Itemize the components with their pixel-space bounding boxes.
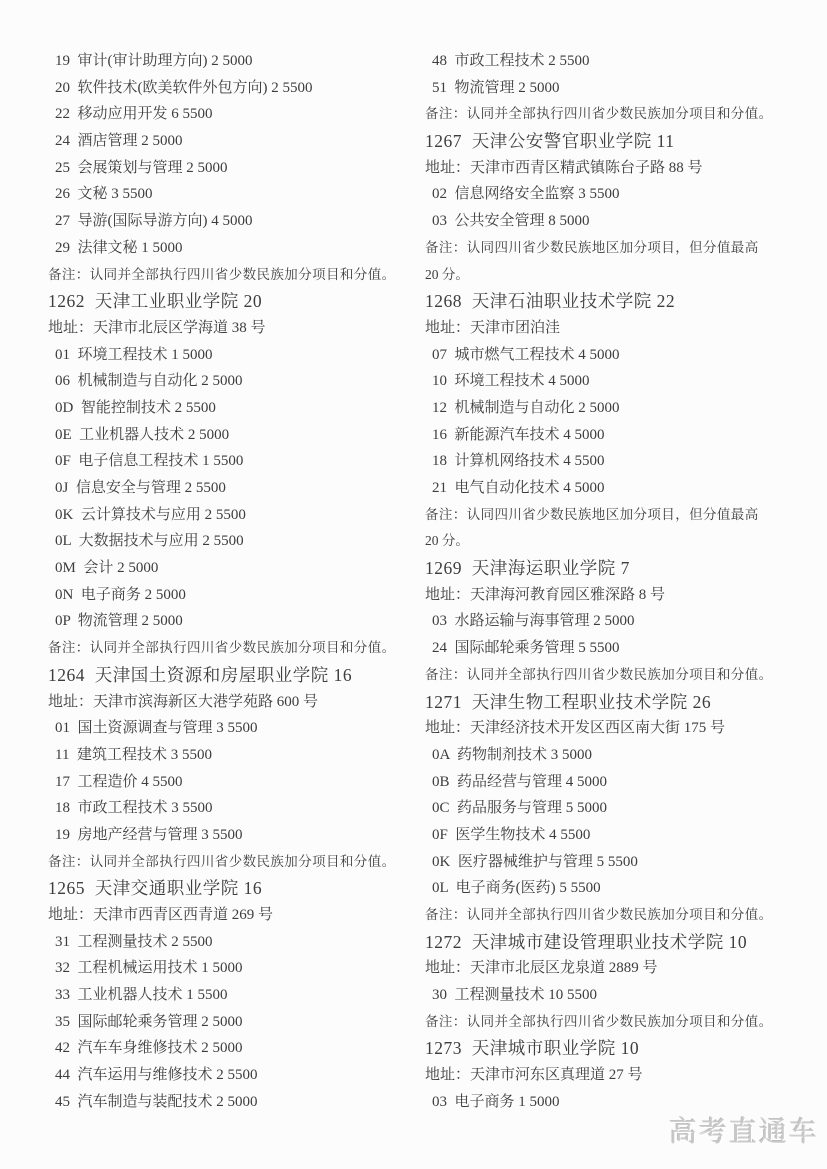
column-right: 48 市政工程技术 2 550051 物流管理 2 5000备注：认同并全部执行…	[425, 48, 795, 1116]
major-line: 0C 药品服务与管理 5 5000	[425, 795, 795, 822]
remark-line: 备注：认同并全部执行四川省少数民族加分项目和分值。	[48, 849, 416, 876]
major-line: 22 移动应用开发 6 5500	[48, 101, 416, 128]
major-line: 11 建筑工程技术 3 5500	[48, 742, 416, 769]
major-line: 0J 信息安全与管理 2 5500	[48, 475, 416, 502]
major-line: 0K 云计算技术与应用 2 5500	[48, 502, 416, 529]
major-line: 25 会展策划与管理 2 5000	[48, 155, 416, 182]
major-line: 01 环境工程技术 1 5000	[48, 342, 416, 369]
major-line: 20 软件技术(欧美软件外包方向) 2 5500	[48, 75, 416, 102]
major-line: 0L 电子商务(医药) 5 5500	[425, 875, 795, 902]
remark-continuation-line: 20 分。	[425, 262, 795, 289]
remark-continuation-line: 20 分。	[425, 528, 795, 555]
address-line: 地址：天津市北辰区龙泉道 2889 号	[425, 955, 795, 982]
major-line: 18 市政工程技术 3 5500	[48, 795, 416, 822]
major-line: 0A 药物制剂技术 3 5000	[425, 742, 795, 769]
major-line: 0N 电子商务 2 5000	[48, 582, 416, 609]
address-line: 地址：天津市西青区西青道 269 号	[48, 902, 416, 929]
address-line: 地址：天津经济技术开发区西区南大街 175 号	[425, 715, 795, 742]
school-heading: 1271 天津生物工程职业技术学院 26	[425, 689, 795, 716]
remark-line: 备注：认同并全部执行四川省少数民族加分项目和分值。	[425, 101, 795, 128]
column-left: 19 审计(审计助理方向) 2 500020 软件技术(欧美软件外包方向) 2 …	[48, 48, 416, 1116]
address-line: 地址：天津海河教育园区雅深路 8 号	[425, 582, 795, 609]
major-line: 27 导游(国际导游方向) 4 5000	[48, 208, 416, 235]
major-line: 0D 智能控制技术 2 5500	[48, 395, 416, 422]
major-line: 12 机械制造与自动化 2 5000	[425, 395, 795, 422]
major-line: 06 机械制造与自动化 2 5000	[48, 368, 416, 395]
major-line: 24 酒店管理 2 5000	[48, 128, 416, 155]
major-line: 31 工程测量技术 2 5500	[48, 929, 416, 956]
major-line: 24 国际邮轮乘务管理 5 5500	[425, 635, 795, 662]
major-line: 07 城市燃气工程技术 4 5000	[425, 342, 795, 369]
major-line: 42 汽车车身维修技术 2 5000	[48, 1035, 416, 1062]
major-line: 10 环境工程技术 4 5000	[425, 368, 795, 395]
major-line: 26 文秘 3 5500	[48, 181, 416, 208]
document-page: 19 审计(审计助理方向) 2 500020 软件技术(欧美软件外包方向) 2 …	[0, 0, 827, 1169]
school-heading: 1268 天津石油职业技术学院 22	[425, 288, 795, 315]
remark-line: 备注：认同并全部执行四川省少数民族加分项目和分值。	[48, 635, 416, 662]
major-line: 45 汽车制造与装配技术 2 5000	[48, 1089, 416, 1116]
remark-line: 备注：认同四川省少数民族地区加分项目，但分值最高	[425, 502, 795, 529]
school-heading: 1262 天津工业职业学院 20	[48, 288, 416, 315]
major-line: 0P 物流管理 2 5000	[48, 608, 416, 635]
address-line: 地址：天津市河东区真理道 27 号	[425, 1062, 795, 1089]
school-heading: 1273 天津城市职业学院 10	[425, 1035, 795, 1062]
address-line: 地址：天津市北辰区学海道 38 号	[48, 315, 416, 342]
school-heading: 1267 天津公安警官职业学院 11	[425, 128, 795, 155]
major-line: 0F 医学生物技术 4 5500	[425, 822, 795, 849]
major-line: 0M 会计 2 5000	[48, 555, 416, 582]
remark-line: 备注：认同四川省少数民族地区加分项目，但分值最高	[425, 235, 795, 262]
major-line: 32 工程机械运用技术 1 5000	[48, 955, 416, 982]
remark-line: 备注：认同并全部执行四川省少数民族加分项目和分值。	[48, 262, 416, 289]
school-heading: 1269 天津海运职业学院 7	[425, 555, 795, 582]
major-line: 30 工程测量技术 10 5500	[425, 982, 795, 1009]
major-line: 33 工业机器人技术 1 5500	[48, 982, 416, 1009]
major-line: 29 法律文秘 1 5000	[48, 235, 416, 262]
address-line: 地址：天津市团泊洼	[425, 315, 795, 342]
major-line: 35 国际邮轮乘务管理 2 5000	[48, 1009, 416, 1036]
major-line: 21 电气自动化技术 4 5000	[425, 475, 795, 502]
major-line: 02 信息网络安全监察 3 5500	[425, 181, 795, 208]
major-line: 0L 大数据技术与应用 2 5500	[48, 528, 416, 555]
remark-line: 备注：认同并全部执行四川省少数民族加分项目和分值。	[425, 902, 795, 929]
major-line: 17 工程造价 4 5500	[48, 769, 416, 796]
remark-line: 备注：认同并全部执行四川省少数民族加分项目和分值。	[425, 1009, 795, 1036]
major-line: 0K 医疗器械维护与管理 5 5500	[425, 849, 795, 876]
school-heading: 1264 天津国土资源和房屋职业学院 16	[48, 662, 416, 689]
major-line: 51 物流管理 2 5000	[425, 75, 795, 102]
major-line: 01 国土资源调查与管理 3 5500	[48, 715, 416, 742]
major-line: 19 房地产经营与管理 3 5500	[48, 822, 416, 849]
major-line: 03 水路运输与海事管理 2 5000	[425, 608, 795, 635]
major-line: 0F 电子信息工程技术 1 5500	[48, 448, 416, 475]
major-line: 03 公共安全管理 8 5000	[425, 208, 795, 235]
major-line: 48 市政工程技术 2 5500	[425, 48, 795, 75]
major-line: 16 新能源汽车技术 4 5000	[425, 422, 795, 449]
major-line: 18 计算机网络技术 4 5500	[425, 448, 795, 475]
major-line: 0E 工业机器人技术 2 5000	[48, 422, 416, 449]
school-heading: 1265 天津交通职业学院 16	[48, 875, 416, 902]
address-line: 地址：天津市滨海新区大港学苑路 600 号	[48, 689, 416, 716]
major-line: 19 审计(审计助理方向) 2 5000	[48, 48, 416, 75]
address-line: 地址：天津市西青区精武镇陈台子路 88 号	[425, 155, 795, 182]
remark-line: 备注：认同并全部执行四川省少数民族加分项目和分值。	[425, 662, 795, 689]
school-heading: 1272 天津城市建设管理职业技术学院 10	[425, 929, 795, 956]
watermark-text: 高考直通车	[669, 1110, 819, 1150]
major-line: 44 汽车运用与维修技术 2 5500	[48, 1062, 416, 1089]
major-line: 0B 药品经营与管理 4 5000	[425, 769, 795, 796]
